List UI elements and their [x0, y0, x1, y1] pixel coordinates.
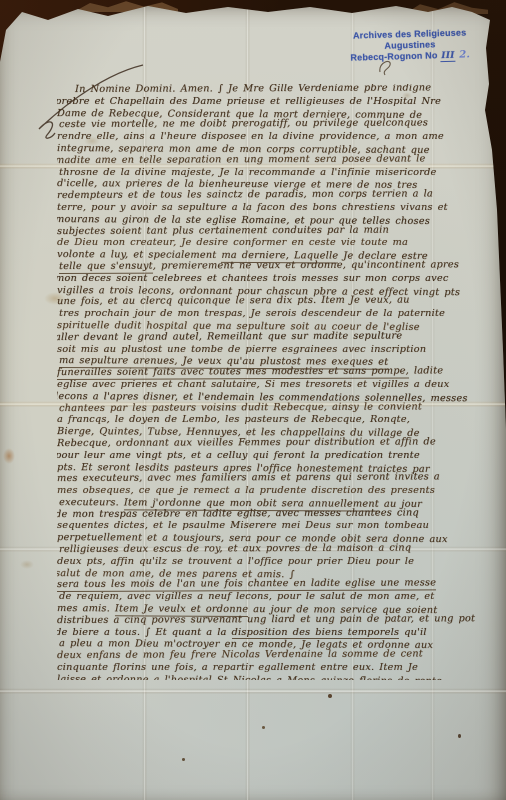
manuscript-line: soit mis au plustost une tombe de pierre…: [57, 344, 491, 356]
manuscript-line: une fois, et au clercq quiconque le sera…: [57, 294, 491, 308]
ink-speck: [328, 694, 332, 698]
stamp-shelf-number: III: [440, 52, 456, 62]
archive-stamp: Archives des Religieuses Augustines Rebe…: [336, 27, 485, 65]
manuscript-line: a francqs, le doyen de Lembo, les pasteu…: [57, 414, 491, 426]
stamp-pencil-number: 2.: [455, 49, 470, 60]
manuscript-line: funerailles soient faits avec toutes mes…: [57, 365, 491, 379]
manuscript-line: cinquante florins une fois, a repartir e…: [57, 662, 491, 674]
manuscript-line: distribues a cinq povres survenant ung l…: [57, 613, 491, 627]
manuscript-line: throsne de la divine majeste, Je la reco…: [59, 167, 491, 179]
manuscript-text-block: In Nomine Domini. Amen. ∫ Je Mre Gille V…: [57, 84, 491, 680]
manuscript-line: tres prochain jour de mon trespas, Je se…: [59, 308, 491, 320]
manuscript-line: mes executeurs, avec mes familiers amis …: [57, 471, 491, 485]
manuscript-line: mes obseques, ce que je remect a la prud…: [57, 485, 491, 497]
document-photo: Archives des Religieuses Augustines Rebe…: [0, 0, 506, 800]
manuscript-line: prebre et Chapellain des Dame prieuse et…: [57, 96, 491, 108]
parchment-page: Archives des Religieuses Augustines Rebe…: [0, 0, 506, 800]
manuscript-line: terre, pour y avoir sa sepulture a la fa…: [57, 202, 491, 214]
manuscript-line: chantees par les pasteurs voisins dudit …: [59, 401, 491, 415]
stain: [3, 448, 15, 464]
manuscript-line: relligieuses deux escus de roy, et aux p…: [59, 542, 491, 556]
manuscript-line: madite ame en telle separation en ung mo…: [57, 153, 491, 167]
manuscript-line: de biere a tous. ∫ Et quant a la disposi…: [57, 627, 491, 639]
stain: [20, 560, 34, 569]
ink-speck: [458, 734, 461, 738]
manuscript-line: pour leur ame vingt pts, et a celluy qui…: [57, 450, 491, 462]
manuscript-line: In Nomine Domini. Amen. ∫ Je Mre Gille V…: [57, 84, 491, 96]
manuscript-line: eglise avec prieres et chant salutaire, …: [57, 379, 491, 391]
manuscript-line: rendre elle, ains a l'heure disposee en …: [57, 131, 491, 143]
manuscript-line: Rebecque, ordonnant aux vieilles Femmes …: [57, 436, 491, 450]
manuscript-line: de Dieu mon createur, Je desire conforme…: [57, 237, 491, 249]
manuscript-line: de requiem, avec vigilles a neuf lecons,…: [59, 591, 491, 603]
manuscript-line: sera tous les mois de l'an une fois chan…: [57, 578, 491, 592]
manuscript-line: de mon trespas celebre en ladite eglise,…: [57, 507, 491, 521]
manuscript-line: telle que s'ensuyt, premierement ne veux…: [59, 259, 491, 273]
manuscript-line: aller devant le grand autel, Remeillant …: [57, 330, 491, 344]
manuscript-line: sequentes dictes, et le psaulme Miserere…: [57, 520, 491, 532]
manuscript-line: redempteurs et de tous les sainctz de pa…: [57, 188, 491, 202]
manuscript-line: mon deces soient celebrees et chantees t…: [57, 273, 491, 285]
manuscript-line: deux enfans de mon feu frere Nicolas Ver…: [57, 648, 491, 662]
ink-speck: [262, 726, 265, 729]
manuscript-line: laisse et ordonne a l'hospital St Nicola…: [57, 674, 491, 680]
fold-crease-horizontal: [0, 688, 506, 694]
manuscript-line: deux pts, affin qu'ilz se trouvent a l'o…: [57, 556, 491, 568]
manuscript-line: subjectes soient tant plus certainement …: [57, 224, 491, 238]
ink-speck: [182, 758, 185, 761]
manuscript-line: ceste vie mortelle, ne me doibt prerogat…: [59, 118, 491, 132]
manuscript-lines: In Nomine Domini. Amen. ∫ Je Mre Gille V…: [57, 84, 491, 680]
